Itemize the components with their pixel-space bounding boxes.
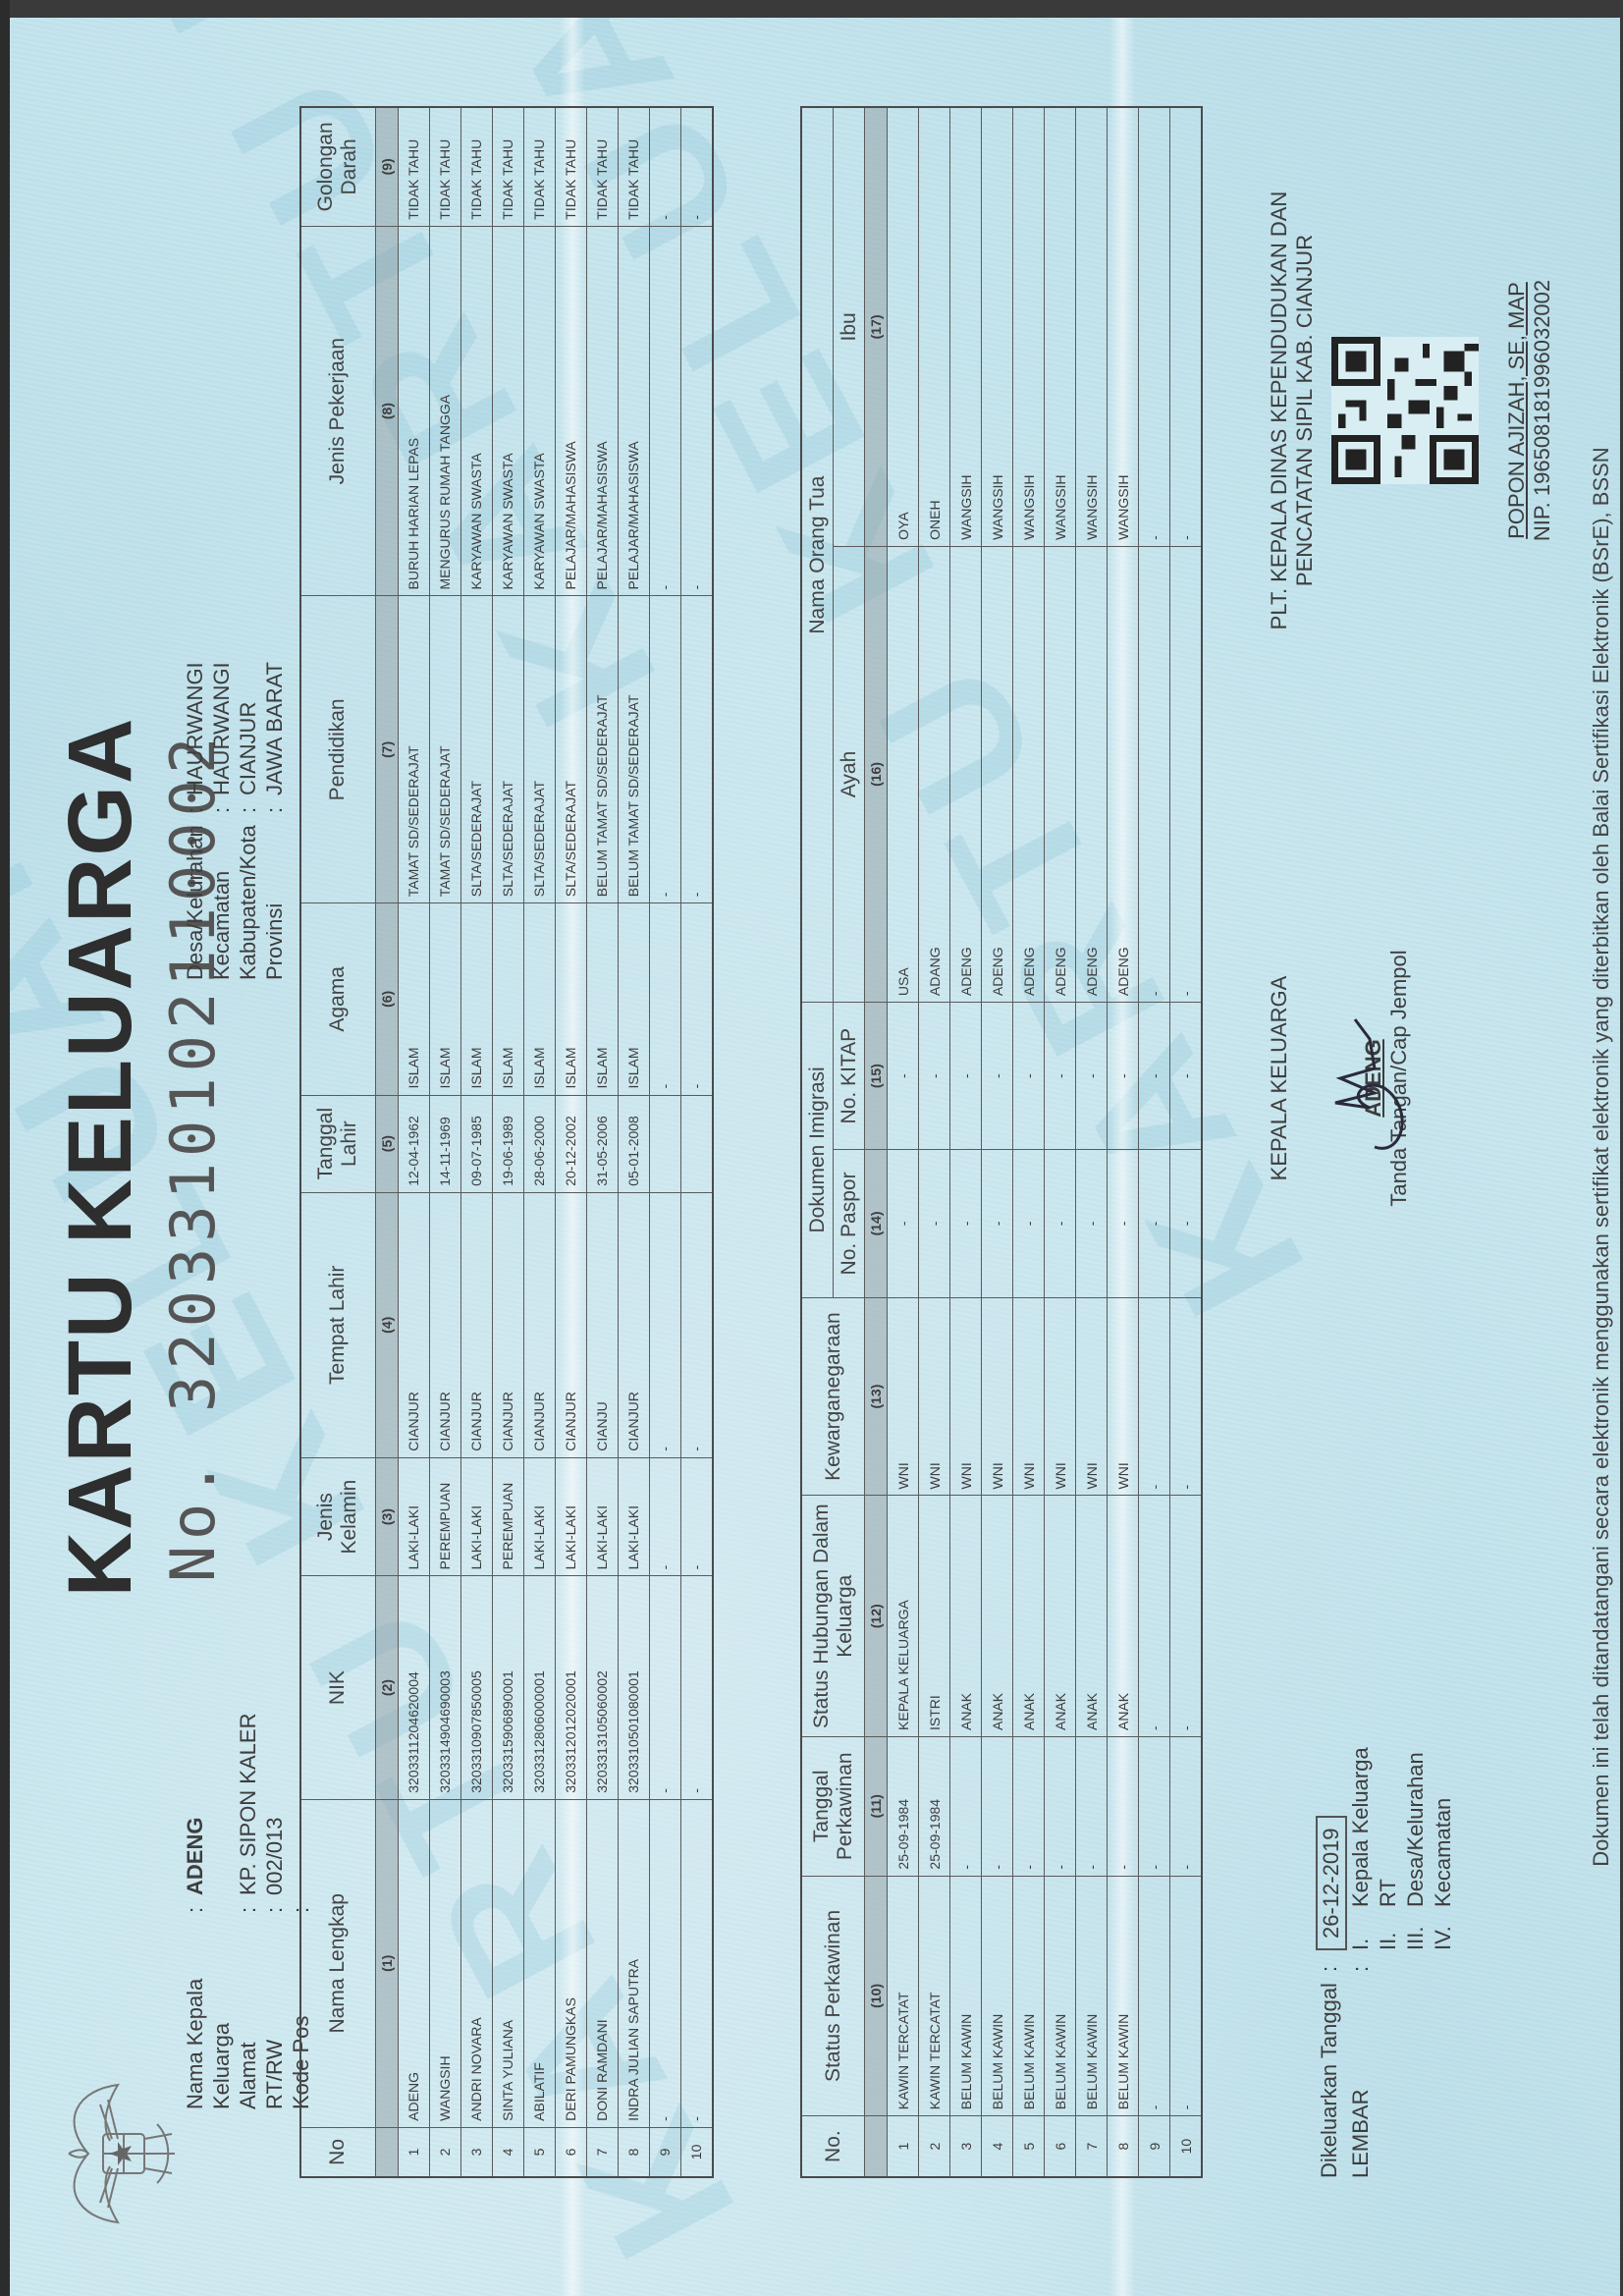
table-cell: - xyxy=(1139,1496,1170,1737)
table-cell: ISTRI xyxy=(919,1496,950,1737)
regency: CIANJUR xyxy=(235,702,261,795)
table-cell: 12-04-1962 xyxy=(398,1095,429,1192)
table-cell: WNI xyxy=(888,1297,919,1496)
table-row: 5ABILATIF3203312806000001LAKI-LAKICIANJU… xyxy=(523,107,555,2177)
table-cell: - xyxy=(1045,1736,1076,1876)
table-cell: WANGSIH xyxy=(950,107,982,546)
col-number: (2) xyxy=(375,1576,398,1799)
table-cell: - xyxy=(649,596,680,903)
household-info: Nama Kepala Keluarga:ADENG Alamat:KP. SI… xyxy=(182,1714,314,2109)
table-cell: ANAK xyxy=(982,1496,1013,1737)
table-cell: - xyxy=(1139,1297,1170,1496)
col-number: (17) xyxy=(865,107,888,546)
table-row: 2WANGSIH3203314904690003PEREMPUANCIANJUR… xyxy=(429,107,460,2177)
table-cell: - xyxy=(919,1150,950,1298)
col-header: Tempat Lahir xyxy=(300,1192,375,1457)
table-cell: CIANJUR xyxy=(429,1192,460,1457)
table-cell: WNI xyxy=(1108,1297,1139,1496)
table-cell: 3203313105060002 xyxy=(586,1576,618,1799)
table-cell: 2 xyxy=(919,2116,950,2177)
table-cell: BELUM KAWIN xyxy=(1076,1876,1108,2116)
table-cell: - xyxy=(680,1799,713,2127)
table-cell: 7 xyxy=(586,2127,618,2177)
table-cell: - xyxy=(680,226,713,596)
label: Nama Kepala Keluarga xyxy=(182,1913,235,2109)
lembar-item: Kepala Keluarga xyxy=(1347,1747,1375,1907)
table-cell: ISLAM xyxy=(398,903,429,1095)
table-row: 6BELUM KAWIN-ANAKWNI--ADENGWANGSIH xyxy=(1045,107,1076,2177)
col-number: (10) xyxy=(865,1876,888,2116)
table-cell: ADENG xyxy=(1108,546,1139,1002)
district: HAURWANGI xyxy=(208,662,235,795)
official-signature-block: PLT. KEPALA DINAS KEPENDUDUKAN DAN PENCA… xyxy=(1267,136,1555,685)
table-cell: 5 xyxy=(1013,2116,1045,2177)
table-cell: - xyxy=(1139,1003,1170,1150)
table-cell: LAKI-LAKI xyxy=(586,1457,618,1576)
table-cell: - xyxy=(1013,1736,1045,1876)
info-row-regency: Kabupaten/Kota:CIANJUR xyxy=(235,662,261,980)
table-cell: - xyxy=(649,226,680,596)
table-cell: - xyxy=(649,1457,680,1576)
col-number: (16) xyxy=(865,546,888,1002)
col-header: Status Perkawinan xyxy=(801,1876,865,2116)
table-cell: - xyxy=(649,903,680,1095)
col-number: (5) xyxy=(375,1095,398,1192)
info-row-head: Nama Kepala Keluarga:ADENG xyxy=(182,1714,235,2109)
table-cell: - xyxy=(1170,546,1203,1002)
table-cell: - xyxy=(1108,1736,1139,1876)
table-cell: WANGSIH xyxy=(429,1799,460,2127)
table-cell: 3 xyxy=(950,2116,982,2177)
lembar-label: LEMBAR xyxy=(1347,1972,1375,2178)
table-cell: - xyxy=(1139,1876,1170,2116)
table-cell: - xyxy=(649,1192,680,1457)
official-role-line1: PLT. KEPALA DINAS KEPENDUDUKAN DAN xyxy=(1267,136,1292,685)
table-cell: 9 xyxy=(1139,2116,1170,2177)
table-cell: LAKI-LAKI xyxy=(460,1457,492,1576)
col-number: (7) xyxy=(375,596,398,903)
table-cell: TIDAK TAHU xyxy=(398,107,429,226)
table-row: 5BELUM KAWIN-ANAKWNI--ADENGWANGSIH xyxy=(1013,107,1045,2177)
table-cell: 5 xyxy=(523,2127,555,2177)
table-cell: LAKI-LAKI xyxy=(523,1457,555,1576)
label: Kabupaten/Kota xyxy=(235,813,261,980)
table-header-row: No Nama Lengkap NIK Jenis Kelamin Tempat… xyxy=(300,107,375,2177)
col-header: Status Hubungan Dalam Keluarga xyxy=(801,1496,865,1737)
table-row: 2KAWIN TERCATAT25-09-1984ISTRIWNI--ADANG… xyxy=(919,107,950,2177)
table-cell: WANGSIH xyxy=(1076,107,1108,546)
table-cell: KARYAWAN SWASTA xyxy=(523,226,555,596)
table-cell: ISLAM xyxy=(429,903,460,1095)
table-cell: KARYAWAN SWASTA xyxy=(460,226,492,596)
table-cell: WNI xyxy=(950,1297,982,1496)
issue-date-value: 26-12-2019 xyxy=(1316,1816,1347,1950)
table-cell: ANAK xyxy=(1045,1496,1076,1737)
column-number-row: (10) (11) (12) (13) (14) (15) (16) (17) xyxy=(865,107,888,2177)
table-cell: PELAJAR/MAHASISWA xyxy=(618,226,649,596)
table-cell: KAWIN TERCATAT xyxy=(888,1876,919,2116)
table-cell: 6 xyxy=(1045,2116,1076,2177)
table-cell: - xyxy=(680,903,713,1095)
table-cell: KARYAWAN SWASTA xyxy=(492,226,523,596)
table-cell: 6 xyxy=(555,2127,586,2177)
table-cell: WNI xyxy=(1076,1297,1108,1496)
table-cell: CIANJUR xyxy=(618,1192,649,1457)
table-cell: ONEH xyxy=(919,107,950,546)
table-cell: BURUH HARIAN LEPAS xyxy=(398,226,429,596)
table-cell: BELUM KAWIN xyxy=(1013,1876,1045,2116)
table-cell: WNI xyxy=(1045,1297,1076,1496)
table-cell: 28-06-2000 xyxy=(523,1095,555,1192)
table-cell: BELUM KAWIN xyxy=(1045,1876,1076,2116)
col-header: Golongan Darah xyxy=(300,107,375,226)
table-cell: 4 xyxy=(982,2116,1013,2177)
head-name: ADENG xyxy=(182,1818,235,1895)
table-cell: 3203314904690003 xyxy=(429,1576,460,1799)
official-name: POPON AJIZAH, SE, MAP xyxy=(1504,136,1530,685)
table-cell: SINTA YULIANA xyxy=(492,1799,523,2127)
table-cell: 2 xyxy=(429,2127,460,2177)
col-header: Ayah xyxy=(834,546,865,1002)
table-cell: 3203311204620004 xyxy=(398,1576,429,1799)
table-cell: - xyxy=(1170,1297,1203,1496)
table-cell: - xyxy=(1108,1003,1139,1150)
issue-date-label: Dikeluarkan Tanggal xyxy=(1316,1972,1347,2178)
table-cell: - xyxy=(680,107,713,226)
col-number: (8) xyxy=(375,226,398,596)
lembar-row: II.RT xyxy=(1375,1747,1402,2178)
col-header: Ibu xyxy=(834,107,865,546)
issue-date-row: Dikeluarkan Tanggal: 26-12-2019 xyxy=(1316,1747,1347,2178)
table-cell: 1 xyxy=(398,2127,429,2177)
table-row: 8INDRA JULIAN SAPUTRA3203310501080001LAK… xyxy=(618,107,649,2177)
col-header: No. KITAP xyxy=(834,1003,865,1150)
qr-code-icon xyxy=(1331,337,1479,484)
table-cell: 05-01-2008 xyxy=(618,1095,649,1192)
document-title: KARTU KELUARGA xyxy=(49,18,152,2296)
table-cell: 31-05-2006 xyxy=(586,1095,618,1192)
table-cell: DONI RAMDANI xyxy=(586,1799,618,2127)
table-cell: 3203310907850005 xyxy=(460,1576,492,1799)
table-cell: TIDAK TAHU xyxy=(586,107,618,226)
table-cell: 14-11-1969 xyxy=(429,1095,460,1192)
table-cell: TAMAT SD/SEDERAJAT xyxy=(429,596,460,903)
table-cell: - xyxy=(919,1003,950,1150)
table-cell: 09-07-1985 xyxy=(460,1095,492,1192)
members-table-body: 1ADENG3203311204620004LAKI-LAKICIANJUR12… xyxy=(398,107,713,2177)
table-cell: PEREMPUAN xyxy=(492,1457,523,1576)
table-cell: TIDAK TAHU xyxy=(492,107,523,226)
table-cell: 3203312012020001 xyxy=(555,1576,586,1799)
table-cell: BELUM KAWIN xyxy=(982,1876,1013,2116)
col-header: Pendidikan xyxy=(300,596,375,903)
table-cell: CIANJUR xyxy=(398,1192,429,1457)
table-cell: - xyxy=(1045,1003,1076,1150)
lembar-num: I. xyxy=(1347,1907,1375,1950)
table-row: 9-------- xyxy=(1139,107,1170,2177)
table-cell: - xyxy=(950,1150,982,1298)
col-header: NIK xyxy=(300,1576,375,1799)
handwritten-signature-icon xyxy=(1316,990,1424,1167)
table-cell: TAMAT SD/SEDERAJAT xyxy=(398,596,429,903)
table-cell: - xyxy=(888,1003,919,1150)
table-cell: KEPALA KELUARGA xyxy=(888,1496,919,1737)
table-cell: - xyxy=(1170,1150,1203,1298)
table-cell: - xyxy=(1108,1150,1139,1298)
col-header-group: Nama Orang Tua xyxy=(801,107,834,1003)
col-header: No. Paspor xyxy=(834,1150,865,1298)
table-cell: - xyxy=(1170,1736,1203,1876)
col-number xyxy=(375,2127,398,2177)
lembar-num: III. xyxy=(1402,1907,1430,1950)
table-cell: ANAK xyxy=(1013,1496,1045,1737)
table-cell: - xyxy=(680,1192,713,1457)
table-row: 9-------- xyxy=(649,107,680,2177)
col-number: (14) xyxy=(865,1150,888,1298)
table-cell: 25-09-1984 xyxy=(888,1736,919,1876)
table-cell: 10 xyxy=(1170,2116,1203,2177)
table-cell: WNI xyxy=(982,1297,1013,1496)
col-number: (15) xyxy=(865,1003,888,1150)
label: Kecamatan xyxy=(208,813,235,980)
table-cell: 3203312806000001 xyxy=(523,1576,555,1799)
table-cell: 8 xyxy=(618,2127,649,2177)
table-cell: - xyxy=(680,1576,713,1799)
table-cell: WANGSIH xyxy=(1108,107,1139,546)
table-row: 1ADENG3203311204620004LAKI-LAKICIANJUR12… xyxy=(398,107,429,2177)
col-header: No xyxy=(300,2127,375,2177)
col-header: Tanggal Lahir xyxy=(300,1095,375,1192)
table-cell: TIDAK TAHU xyxy=(460,107,492,226)
table-row: 4SINTA YULIANA3203315906890001PEREMPUANC… xyxy=(492,107,523,2177)
signature-role: KEPALA KELUARGA xyxy=(1267,862,1292,1294)
family-card-document: KARTU KELUARGA KARTU KELUARGA KARTU KELU… xyxy=(10,18,1620,2296)
table-cell xyxy=(680,1095,713,1192)
table-row: 6DERI PAMUNGKAS3203312012020001LAKI-LAKI… xyxy=(555,107,586,2177)
table-cell: INDRA JULIAN SAPUTRA xyxy=(618,1799,649,2127)
table-cell: LAKI-LAKI xyxy=(398,1457,429,1576)
lembar-num: II. xyxy=(1375,1907,1402,1950)
table-cell: - xyxy=(950,1003,982,1150)
col-number: (4) xyxy=(375,1192,398,1457)
table-cell: 1 xyxy=(888,2116,919,2177)
electronic-signature-footnote: Dokumen ini telah ditandatangani secara … xyxy=(1589,18,1614,2296)
lembar-item: Desa/Kelurahan xyxy=(1402,1752,1430,1907)
table-cell: 19-06-1989 xyxy=(492,1095,523,1192)
table-cell: ISLAM xyxy=(523,903,555,1095)
table-cell: WNI xyxy=(1013,1297,1045,1496)
col-number: (13) xyxy=(865,1297,888,1496)
table-cell: - xyxy=(1139,1736,1170,1876)
col-header-group: Dokumen Imigrasi xyxy=(801,1003,834,1298)
table-row: 7DONI RAMDANI3203313105060002LAKI-LAKICI… xyxy=(586,107,618,2177)
col-number: (6) xyxy=(375,903,398,1095)
table-cell: - xyxy=(649,1799,680,2127)
lembar-row: III.Desa/Kelurahan xyxy=(1402,1747,1430,2178)
col-header: Kewarganegaraan xyxy=(801,1297,865,1496)
label: RT/RW xyxy=(261,1913,288,2109)
column-number-row: (1) (2) (3) (4) (5) (6) (7) (8) (9) xyxy=(375,107,398,2177)
table-cell: - xyxy=(1013,1003,1045,1150)
table-cell: BELUM TAMAT SD/SEDERAJAT xyxy=(618,596,649,903)
lembar-num: IV. xyxy=(1430,1907,1457,1950)
col-number: (9) xyxy=(375,107,398,226)
table-cell: TIDAK TAHU xyxy=(618,107,649,226)
table-cell: CIANJUR xyxy=(523,1192,555,1457)
table-row: 10-------- xyxy=(680,107,713,2177)
table-cell: WANGSIH xyxy=(1013,107,1045,546)
table-cell: TIDAK TAHU xyxy=(523,107,555,226)
table-cell: - xyxy=(982,1150,1013,1298)
table-cell: - xyxy=(1139,1150,1170,1298)
table-cell: - xyxy=(649,1576,680,1799)
table-cell: ISLAM xyxy=(555,903,586,1095)
table-cell: ADENG xyxy=(1045,546,1076,1002)
table-cell: 20-12-2002 xyxy=(555,1095,586,1192)
table-cell: BELUM KAWIN xyxy=(950,1876,982,2116)
info-row-rtrw: RT/RW:002/013 xyxy=(261,1714,288,2109)
table-cell: - xyxy=(1139,546,1170,1002)
table-cell: - xyxy=(982,1736,1013,1876)
table-cell: KAWIN TERCATAT xyxy=(919,1876,950,2116)
table-cell: PELAJAR/MAHASISWA xyxy=(586,226,618,596)
info-row-address: Alamat:KP. SIPON KALER xyxy=(235,1714,261,2109)
table-cell: ADANG xyxy=(919,546,950,1002)
info-row-district: Kecamatan:HAURWANGI xyxy=(208,662,235,980)
table-cell: LAKI-LAKI xyxy=(618,1457,649,1576)
col-number: (12) xyxy=(865,1496,888,1737)
rt-rw: 002/013 xyxy=(261,1817,288,1895)
village: HAURWANGI xyxy=(182,662,208,795)
table-cell: - xyxy=(950,1736,982,1876)
table-cell: SLTA/SEDERAJAT xyxy=(523,596,555,903)
table-cell: ISLAM xyxy=(618,903,649,1095)
col-header: No. xyxy=(801,2116,865,2177)
table-cell: 3203315906890001 xyxy=(492,1576,523,1799)
civil-status-table: No. Status Perkawinan Tanggal Perkawinan… xyxy=(800,106,1203,2178)
col-header: Nama Lengkap xyxy=(300,1799,375,2127)
table-cell: 3 xyxy=(460,2127,492,2177)
table-cell: ANAK xyxy=(950,1496,982,1737)
number-label: No. xyxy=(157,1454,229,1582)
table-cell: CIANJU xyxy=(586,1192,618,1457)
table-cell: 4 xyxy=(492,2127,523,2177)
col-header: Tanggal Perkawinan xyxy=(801,1736,865,1876)
table-row: 4BELUM KAWIN-ANAKWNI--ADENGWANGSIH xyxy=(982,107,1013,2177)
table-header-row: No. Status Perkawinan Tanggal Perkawinan… xyxy=(801,107,834,2177)
table-cell: - xyxy=(1045,1150,1076,1298)
table-cell: ADENG xyxy=(982,546,1013,1002)
table-row: 7BELUM KAWIN-ANAKWNI--ADENGWANGSIH xyxy=(1076,107,1108,2177)
province: JAWA BARAT xyxy=(261,662,288,795)
address: KP. SIPON KALER xyxy=(235,1714,261,1895)
table-cell: ISLAM xyxy=(460,903,492,1095)
table-cell: CIANJUR xyxy=(555,1192,586,1457)
col-header: Jenis Kelamin xyxy=(300,1457,375,1576)
table-cell: ANAK xyxy=(1076,1496,1108,1737)
table-cell: PEREMPUAN xyxy=(429,1457,460,1576)
col-number xyxy=(865,2116,888,2177)
table-cell: ADENG xyxy=(950,546,982,1002)
table-row: 10-------- xyxy=(1170,107,1203,2177)
table-cell: TIDAK TAHU xyxy=(555,107,586,226)
table-cell: SLTA/SEDERAJAT xyxy=(492,596,523,903)
lembar-item: RT xyxy=(1375,1879,1402,1907)
table-cell: ANAK xyxy=(1108,1496,1139,1737)
table-cell: - xyxy=(680,596,713,903)
table-cell: ANDRI NOVARA xyxy=(460,1799,492,2127)
table-cell: - xyxy=(1139,107,1170,546)
col-number: (3) xyxy=(375,1457,398,1576)
table-cell: SLTA/SEDERAJAT xyxy=(460,596,492,903)
official-nip: NIP. 196508181996032002 xyxy=(1530,136,1555,685)
table-cell: TIDAK TAHU xyxy=(429,107,460,226)
table-cell: USA xyxy=(888,546,919,1002)
table-cell: - xyxy=(1013,1150,1045,1298)
table-cell: LAKI-LAKI xyxy=(555,1457,586,1576)
table-cell: PELAJAR/MAHASISWA xyxy=(555,226,586,596)
table-cell: ADENG xyxy=(398,1799,429,2127)
table-cell: 3203310501080001 xyxy=(618,1576,649,1799)
table-cell: ADENG xyxy=(1013,546,1045,1002)
col-number: (11) xyxy=(865,1736,888,1876)
table-row: 8BELUM KAWIN-ANAKWNI--ADENGWANGSIH xyxy=(1108,107,1139,2177)
table-cell xyxy=(649,1095,680,1192)
table-cell: SLTA/SEDERAJAT xyxy=(555,596,586,903)
table-cell: ISLAM xyxy=(586,903,618,1095)
table-cell: WANGSIH xyxy=(982,107,1013,546)
info-row-village: Desa/Kelurahan:HAURWANGI xyxy=(182,662,208,980)
table-cell: - xyxy=(649,107,680,226)
table-cell: ADENG xyxy=(1076,546,1108,1002)
col-header: Jenis Pekerjaan xyxy=(300,226,375,596)
table-cell: CIANJUR xyxy=(492,1192,523,1457)
civil-status-table-body: 1KAWIN TERCATAT25-09-1984KEPALA KELUARGA… xyxy=(888,107,1203,2177)
table-cell: 8 xyxy=(1108,2116,1139,2177)
table-cell: ISLAM xyxy=(492,903,523,1095)
label: Desa/Kelurahan xyxy=(182,813,208,980)
table-cell: CIANJUR xyxy=(460,1192,492,1457)
lembar-row: IV.Kecamatan xyxy=(1430,1747,1457,2178)
info-row-province: Provinsi:JAWA BARAT xyxy=(261,662,288,980)
table-cell: - xyxy=(982,1003,1013,1150)
lembar-row: LEMBAR: I.Kepala Keluarga xyxy=(1347,1747,1375,2178)
table-cell: BELUM TAMAT SD/SEDERAJAT xyxy=(586,596,618,903)
region-info: Desa/Kelurahan:HAURWANGI Kecamatan:HAURW… xyxy=(182,662,288,980)
table-cell: DERI PAMUNGKAS xyxy=(555,1799,586,2127)
table-row: 3ANDRI NOVARA3203310907850005LAKI-LAKICI… xyxy=(460,107,492,2177)
lembar-item: Kecamatan xyxy=(1430,1798,1457,1907)
table-cell: - xyxy=(1170,1003,1203,1150)
table-cell: 25-09-1984 xyxy=(919,1736,950,1876)
table-row: 1KAWIN TERCATAT25-09-1984KEPALA KELUARGA… xyxy=(888,107,919,2177)
table-cell: ABILATIF xyxy=(523,1799,555,2127)
table-cell: - xyxy=(1076,1003,1108,1150)
official-role-line2: PENCATATAN SIPIL KAB. CIANJUR xyxy=(1292,136,1318,685)
table-row: 3BELUM KAWIN-ANAKWNI--ADENGWANGSIH xyxy=(950,107,982,2177)
table-cell: WNI xyxy=(919,1297,950,1496)
col-number: (1) xyxy=(375,1799,398,2127)
table-cell: MENGURUS RUMAH TANGGA xyxy=(429,226,460,596)
table-cell: 7 xyxy=(1076,2116,1108,2177)
table-cell: 10 xyxy=(680,2127,713,2177)
issue-info: Dikeluarkan Tanggal: 26-12-2019 LEMBAR: … xyxy=(1316,1747,1457,2178)
label: Alamat xyxy=(235,1913,261,2109)
table-cell: - xyxy=(1076,1150,1108,1298)
table-cell: WANGSIH xyxy=(1045,107,1076,546)
table-cell: - xyxy=(1076,1736,1108,1876)
table-cell: BELUM KAWIN xyxy=(1108,1876,1139,2116)
